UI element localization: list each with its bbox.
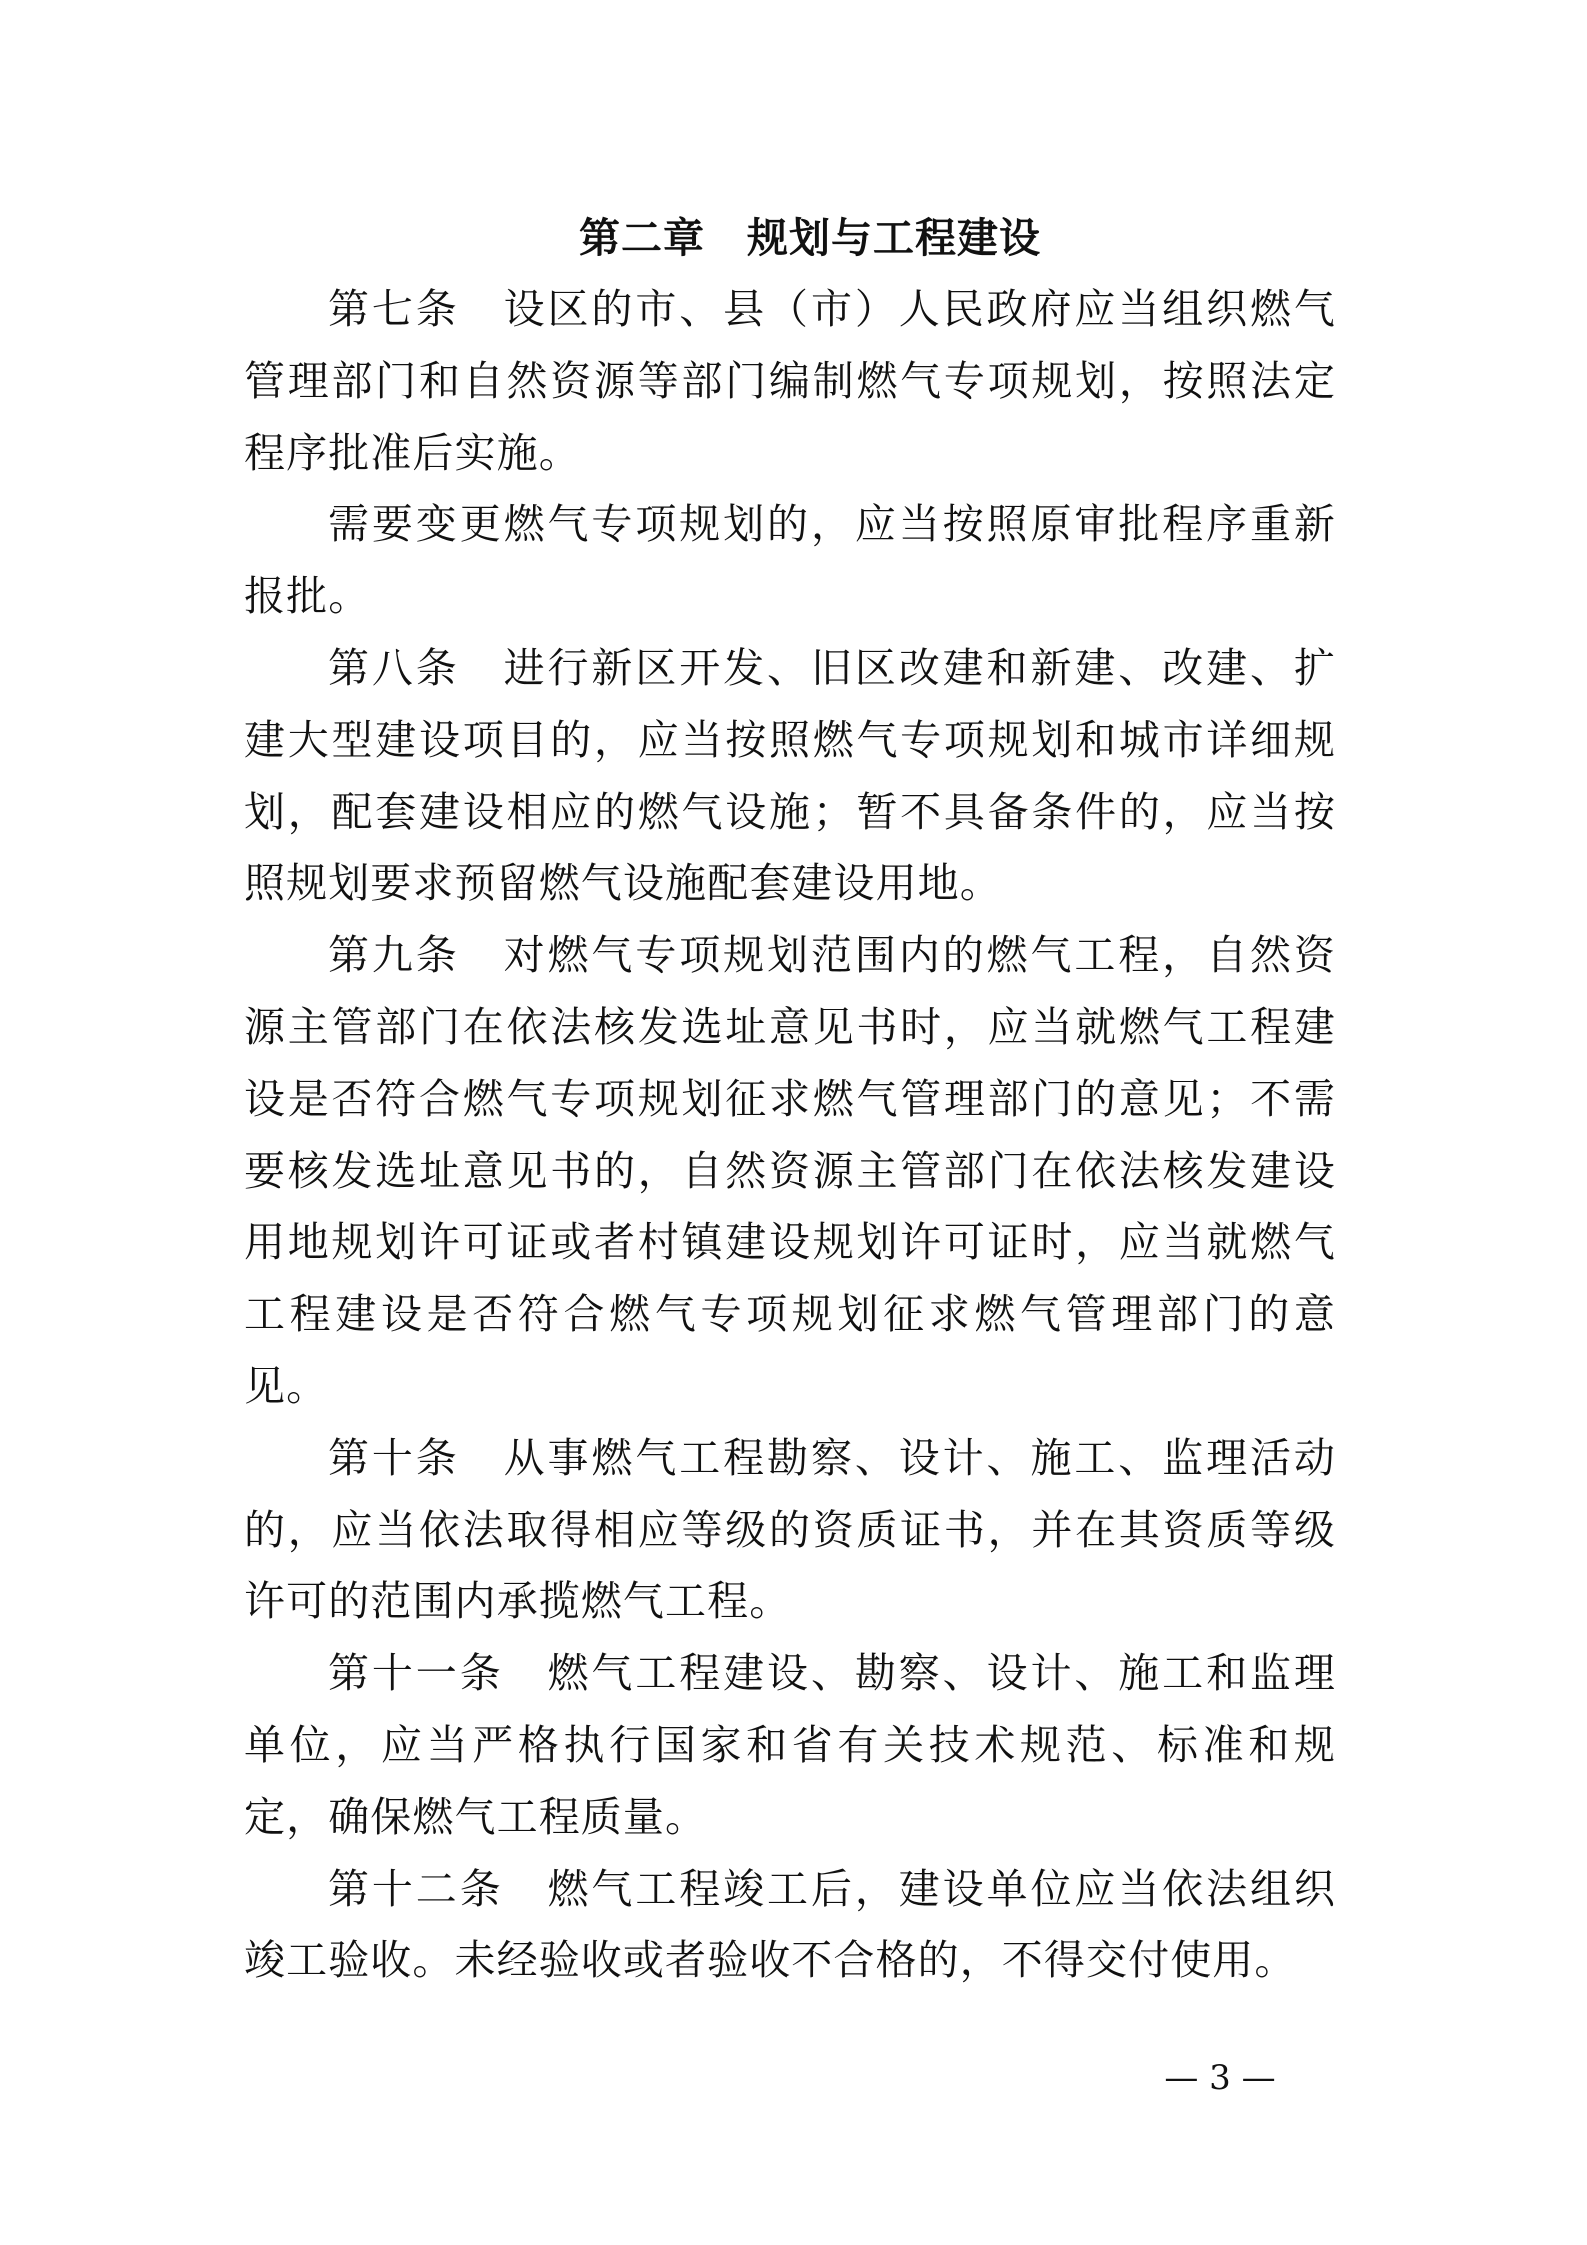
document-page: 第二章 规划与工程建设 第七条 设区的市、县（市）人民政府应当组织燃气管理部门和…: [0, 0, 1587, 2245]
chapter-title: 第二章 规划与工程建设: [284, 202, 1336, 274]
article-8-paragraph: 第八条 进行新区开发、旧区改建和新建、改建、扩建大型建设项目的，应当按照燃气专项…: [244, 633, 1336, 920]
page-content: 第二章 规划与工程建设 第七条 设区的市、县（市）人民政府应当组织燃气管理部门和…: [244, 202, 1336, 1997]
article-11-paragraph: 第十一条 燃气工程建设、勘察、设计、施工和监理单位，应当严格执行国家和省有关技术…: [244, 1638, 1336, 1853]
article-7-paragraph: 第七条 设区的市、县（市）人民政府应当组织燃气管理部门和自然资源等部门编制燃气专…: [244, 274, 1336, 489]
article-number: 第八条: [328, 644, 460, 692]
article-number: 第十条: [328, 1434, 460, 1482]
article-number: 第十二条: [328, 1865, 504, 1913]
article-9-paragraph: 第九条 对燃气专项规划范围内的燃气工程，自然资源主管部门在依法核发选址意见书时，…: [244, 920, 1336, 1423]
article-7-paragraph-2: 需要变更燃气专项规划的，应当按照原审批程序重新报批。: [244, 489, 1336, 633]
article-number: 第九条: [328, 931, 460, 979]
page-number: — 3 —: [1150, 2058, 1290, 2098]
article-text: 需要变更燃气专项规划的，应当按照原审批程序重新报批。: [244, 500, 1336, 620]
article-number: 第十一条: [328, 1649, 504, 1697]
article-12-paragraph: 第十二条 燃气工程竣工后，建设单位应当依法组织竣工验收。未经验收或者验收不合格的…: [244, 1854, 1336, 1998]
article-number: 第七条: [328, 285, 460, 333]
article-text: 对燃气专项规划范围内的燃气工程，自然资源主管部门在依法核发选址意见书时，应当就燃…: [244, 931, 1336, 1410]
article-10-paragraph: 第十条 从事燃气工程勘察、设计、施工、监理活动的，应当依法取得相应等级的资质证书…: [244, 1423, 1336, 1638]
